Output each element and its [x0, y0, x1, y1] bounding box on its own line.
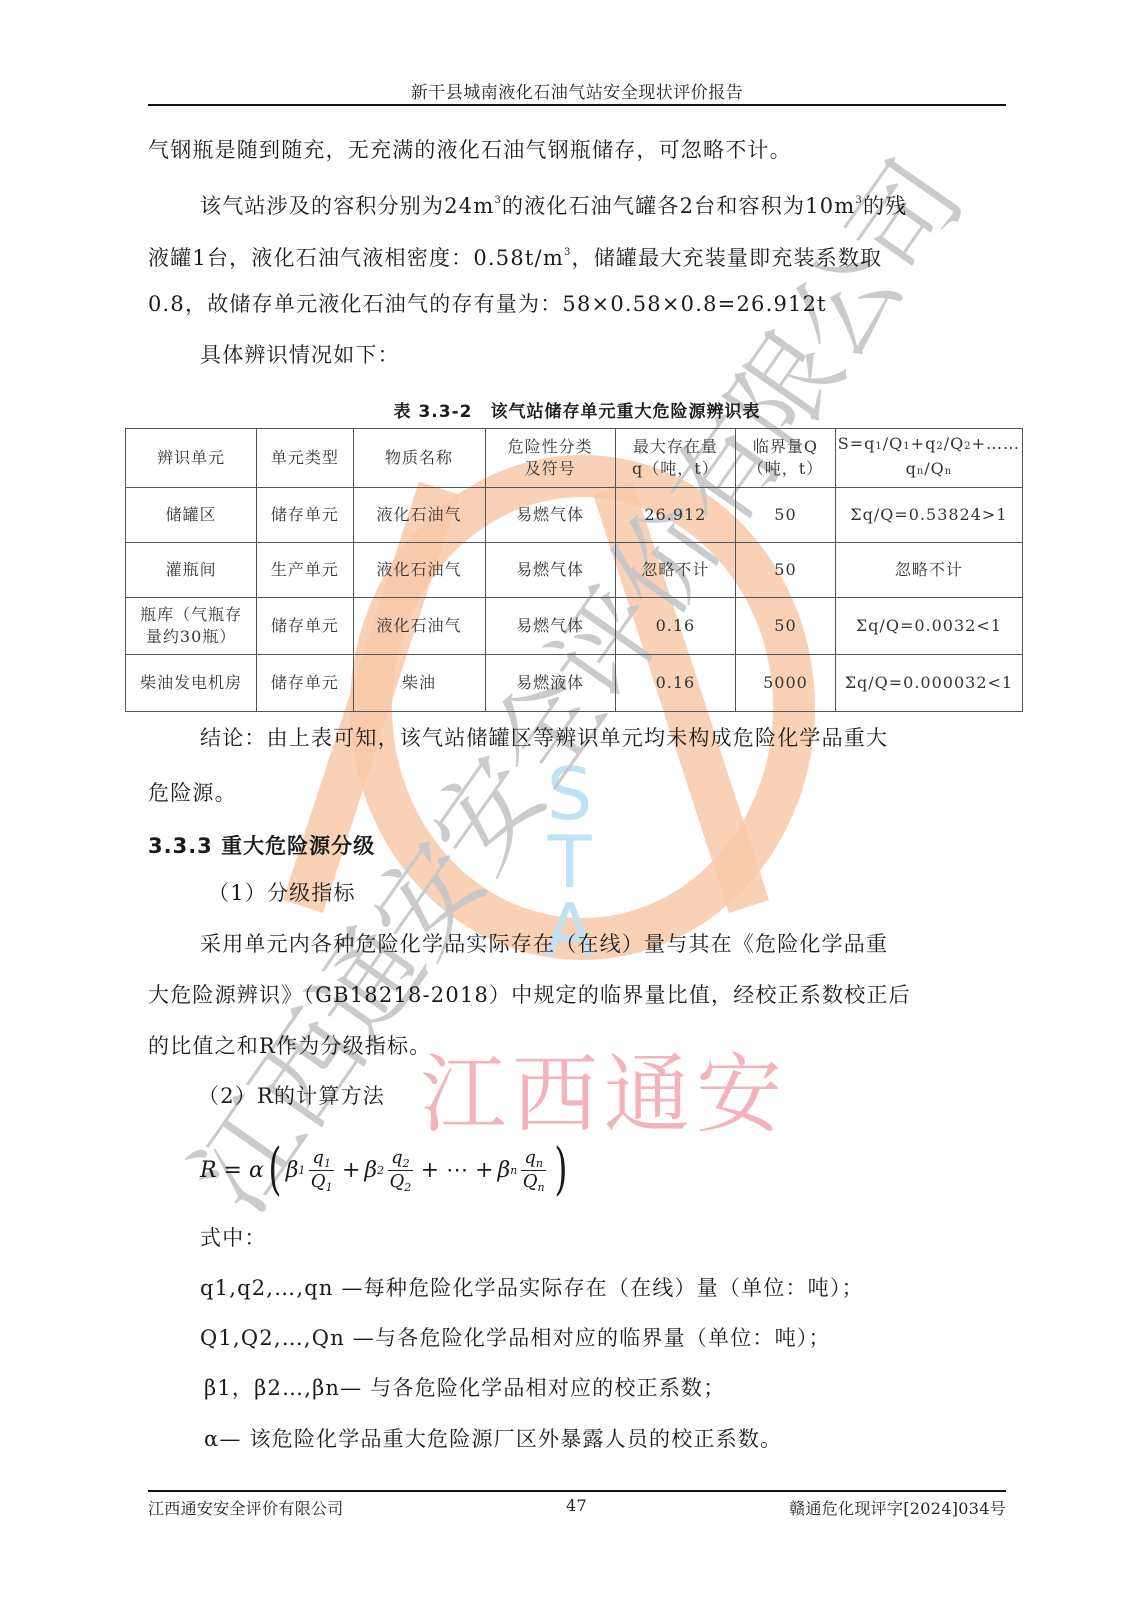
col-header-max-quantity: 最大存在量 q（吨，t）: [615, 429, 736, 488]
header-line: （吨，t）: [738, 458, 833, 480]
header-line: 及符号: [488, 458, 613, 480]
table-row: 瓶库（气瓶存 量约30瓶） 储存单元 液化石油气 易燃气体 0.16 50 Σq…: [126, 598, 1023, 655]
header-rule: [148, 104, 1006, 106]
cell-hazard-class: 易燃气体: [485, 543, 615, 598]
formula-beta: β: [498, 1158, 511, 1183]
col-header-unit: 辨识单元: [126, 429, 257, 488]
formula-fraction-1: q1 Q1: [309, 1147, 334, 1194]
footer-company: 江西通安安全评价有限公司: [148, 1496, 344, 1519]
paragraph-tank-volume: 该气站涉及的容积分别为24m3的液化石油气罐各2台和容积为10m3的残: [148, 188, 1060, 219]
cell-substance: 液化石油气: [353, 543, 485, 598]
footer-page-number: 47: [566, 1496, 587, 1515]
col-header-threshold: 临界量Q （吨，t）: [736, 429, 836, 488]
text-run: β1，β2…,βn— 与各危险化学品相对应的校正系数；: [204, 1376, 725, 1400]
col-header-unit-type: 单元类型: [257, 429, 353, 488]
col-header-sum-formula: S=q1/Q1+q2/Q2+…… qn/Qn: [835, 429, 1022, 488]
superscript: 3: [494, 195, 502, 206]
table-caption: 表 3.3-2 该气站储存单元重大危险源辨识表: [148, 397, 1006, 422]
cell-max-quantity: 0.16: [615, 598, 736, 655]
text-run: 0.8，故储存单元液化石油气的存有量为：58×0.58×0.8=26.912t: [148, 292, 827, 316]
paragraph-method-end: 的比值之和R作为分级指标。: [148, 1033, 1008, 1059]
section-heading: 3.3.3 重大危险源分级: [148, 830, 375, 860]
cell-line: 量约30瓶）: [128, 626, 254, 648]
cell-threshold: 50: [736, 543, 836, 598]
formula-left-paren: (: [268, 1142, 281, 1198]
cell-threshold: 50: [736, 488, 836, 543]
formula-lhs: R = α: [200, 1158, 264, 1183]
definition-alpha: α— 该危险化学品重大危险源厂区外暴露人员的校正系数。: [148, 1426, 1064, 1452]
formula-plus: +: [342, 1158, 360, 1183]
paragraph-conclusion: 结论：由上表可知，该气站储罐区等辨识单元均未构成危险化学品重大: [148, 725, 1060, 751]
text-run: （2）R的计算方法: [198, 1084, 385, 1108]
cell-unit-type: 生产单元: [257, 543, 353, 598]
cell-hazard-class: 易燃气体: [485, 598, 615, 655]
definition-Q: Q1,Q2,…,Qn —与各危险化学品相对应的临界量（单位：吨）；: [148, 1325, 1060, 1351]
cell-max-quantity: 0.16: [615, 655, 736, 712]
text-run: 的液化石油气罐各2台和容积为10m: [502, 194, 855, 218]
paragraph-method: 采用单元内各种危险化学品实际存在（在线）量与其在《危险化学品重: [148, 931, 1060, 957]
header-line: q（吨，t）: [618, 458, 734, 480]
formula-fraction-2: q2 Q2: [388, 1147, 413, 1194]
paragraph-storage-calc: 0.8，故储存单元液化石油气的存有量为：58×0.58×0.8=26.912t: [148, 291, 1008, 317]
footer-doc-number: 赣通危化现评字[2024]034号: [789, 1496, 1006, 1519]
superscript: 3: [564, 247, 572, 258]
footer-rule: [148, 1490, 1006, 1492]
cell-unit: 灌瓶间: [126, 543, 257, 598]
text-run: 的残: [863, 194, 907, 218]
cell-sum: Σq/Q=0.0032<1: [835, 598, 1022, 655]
col-header-hazard-class: 危险性分类 及符号: [485, 429, 615, 488]
text-run: 的比值之和R作为分级指标。: [148, 1034, 431, 1058]
cell-sum: 忽略不计: [835, 543, 1022, 598]
cell-unit: 瓶库（气瓶存 量约30瓶）: [126, 598, 257, 655]
formula-sub: n: [510, 1164, 517, 1177]
definition-q: q1,q2,…,qn —每种危险化学品实际存在（在线）量（单位：吨）；: [148, 1275, 1060, 1301]
text-run: 危险源。: [148, 781, 237, 805]
cell-unit-type: 储存单元: [257, 655, 353, 712]
table-header-row: 辨识单元 单元类型 物质名称 危险性分类 及符号 最大存在量 q（吨，t） 临界…: [126, 429, 1023, 488]
cell-unit: 柴油发电机房: [126, 655, 257, 712]
hazard-identification-table: 辨识单元 单元类型 物质名称 危险性分类 及符号 最大存在量 q（吨，t） 临界…: [125, 428, 1023, 712]
paragraph-text: 气钢瓶是随到随充，无充满的液化石油气钢瓶储存，可忽略不计。: [148, 138, 792, 162]
formula-sub: 2: [377, 1164, 384, 1177]
formula-beta: β: [286, 1158, 299, 1183]
col-header-substance: 物质名称: [353, 429, 485, 488]
cell-unit-type: 储存单元: [257, 598, 353, 655]
cell-max-quantity: 忽略不计: [615, 543, 736, 598]
text-run: 采用单元内各种危险化学品实际存在（在线）量与其在《危险化学品重: [200, 932, 888, 956]
paragraph-where: 式中：: [148, 1225, 1060, 1251]
running-header-title: 新干县城南液化石油气站安全现状评价报告: [148, 78, 1006, 103]
text-run: 大危险源辨识》（GB18218-2018）中规定的临界量比值，经校正系数校正后: [148, 983, 911, 1007]
cell-hazard-class: 易燃液体: [485, 655, 615, 712]
definition-beta: β1，β2…,βn— 与各危险化学品相对应的校正系数；: [148, 1375, 1064, 1401]
table-row: 柴油发电机房 储存单元 柴油 易燃液体 0.16 5000 Σq/Q=0.000…: [126, 655, 1023, 712]
table-row: 灌瓶间 生产单元 液化石油气 易燃气体 忽略不计 50 忽略不计: [126, 543, 1023, 598]
cell-line: 瓶库（气瓶存: [128, 604, 254, 626]
cell-sum: Σq/Q=0.000032<1: [835, 655, 1022, 712]
header-line: 临界量Q: [738, 436, 833, 458]
formula-right-paren: ): [554, 1142, 567, 1198]
cell-substance: 液化石油气: [353, 598, 485, 655]
text-run: 该气站涉及的容积分别为24m: [200, 194, 494, 218]
subheading-r-calculation: （2）R的计算方法: [148, 1083, 1058, 1109]
text-run: Q1,Q2,…,Qn —与各危险化学品相对应的临界量（单位：吨）；: [200, 1326, 831, 1350]
header-line: 危险性分类: [488, 436, 613, 458]
cell-max-quantity: 26.912: [615, 488, 736, 543]
cell-threshold: 50: [736, 598, 836, 655]
formula-r: R = α ( β1 q1 Q1 + β2 q2 Q2 + ⋯ + βn qn …: [200, 1135, 572, 1205]
paragraph-continuation: 气钢瓶是随到随充，无充满的液化石油气钢瓶储存，可忽略不计。: [148, 137, 1008, 163]
text-run: （1）分级指标: [208, 881, 356, 905]
header-line: qn/Qn: [838, 458, 1020, 483]
header-line: S=q1/Q1+q2/Q2+……: [838, 433, 1020, 458]
text-run: 式中：: [200, 1226, 267, 1250]
cell-unit: 储罐区: [126, 488, 257, 543]
formula-fraction-n: qn Qn: [521, 1147, 546, 1194]
header-line: 最大存在量: [618, 436, 734, 458]
formula-ellipsis: + ⋯ +: [421, 1158, 494, 1183]
cell-substance: 液化石油气: [353, 488, 485, 543]
text-run: 具体辨识情况如下：: [200, 343, 400, 367]
cell-sum: Σq/Q=0.53824>1: [835, 488, 1022, 543]
text-run: 结论：由上表可知，该气站储罐区等辨识单元均未构成危险化学品重大: [200, 726, 888, 750]
text-run: α— 该危险化学品重大危险源厂区外暴露人员的校正系数。: [204, 1427, 782, 1451]
cell-substance: 柴油: [353, 655, 485, 712]
formula-sub: 1: [298, 1164, 305, 1177]
text-run: q1,q2,…,qn —每种危险化学品实际存在（在线）量（单位：吨）；: [200, 1276, 864, 1300]
table-row: 储罐区 储存单元 液化石油气 易燃气体 26.912 50 Σq/Q=0.538…: [126, 488, 1023, 543]
superscript: 3: [855, 195, 863, 206]
paragraph-conclusion-cont: 危险源。: [148, 780, 1008, 806]
cell-unit-type: 储存单元: [257, 488, 353, 543]
subheading-classification-index: （1）分级指标: [148, 880, 1068, 906]
paragraph-intro-table: 具体辨识情况如下：: [148, 342, 1060, 368]
document-page: S T A 江西通安 江西通安安全评价有限公司 新干县城南液化石油气站安全现状评…: [0, 0, 1131, 1600]
formula-beta: β: [364, 1158, 377, 1183]
text-run: 液罐1台，液化石油气液相密度：0.58t/m: [148, 246, 564, 270]
text-run: ，储罐最大充装量即充装系数取: [572, 246, 883, 270]
paragraph-method-cont: 大危险源辨识》（GB18218-2018）中规定的临界量比值，经校正系数校正后: [148, 982, 1008, 1008]
paragraph-density: 液罐1台，液化石油气液相密度：0.58t/m3，储罐最大充装量即充装系数取: [148, 240, 1008, 271]
cell-threshold: 5000: [736, 655, 836, 712]
cell-hazard-class: 易燃气体: [485, 488, 615, 543]
